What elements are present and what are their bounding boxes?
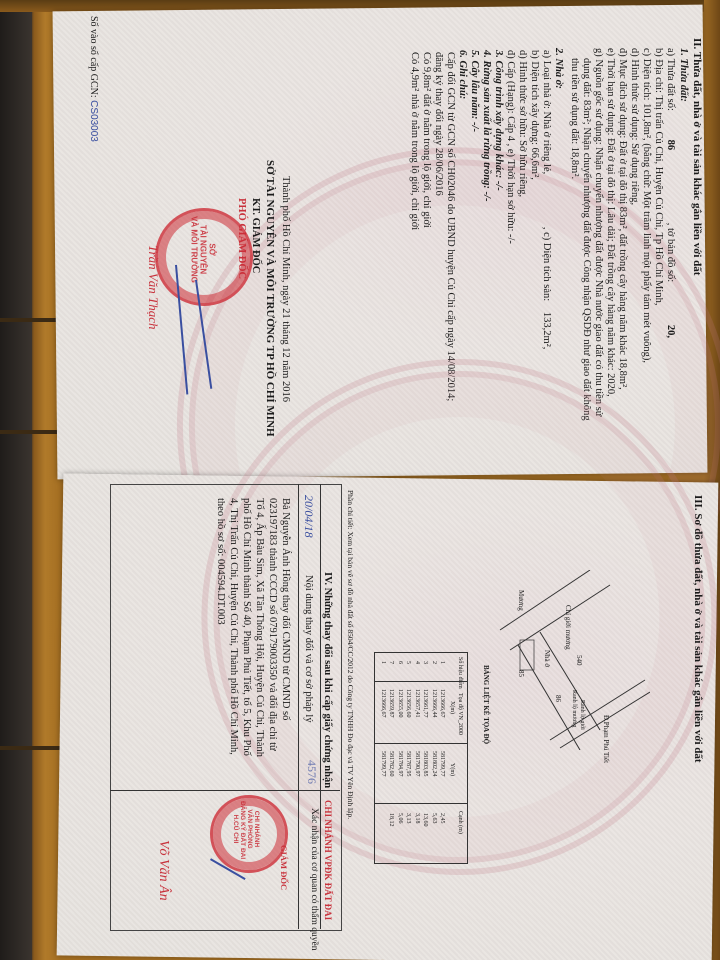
coord-table-cell: 1213659,87 [388, 689, 394, 718]
issuing-authority: SỞ TÀI NGUYÊN VÀ MÔI TRƯỜNG TP HỒ CHÍ MI… [263, 160, 276, 437]
change-content-line: 023197183 thành CCCD số 079179003350 và … [266, 498, 279, 751]
coord-table-cell: 18,12 [388, 813, 394, 827]
usage-origin-2: dụng đất: 83m²; Nhận chuyển nhượng đất đ… [580, 58, 593, 421]
coord-table-cell: 5,63 [431, 813, 437, 824]
land-area: c) Diện tích: 101,8m², (bằng chữ: Một tr… [640, 48, 653, 363]
table-seam [0, 318, 60, 322]
coord-table-cell: 13,60 [422, 813, 428, 827]
coord-table-cell: 3,13 [405, 813, 411, 824]
coord-table-cell: 1 [439, 661, 445, 664]
land-heading: 1. Thửa đất: [677, 48, 690, 102]
coord-table-cell: 581784,97 [397, 751, 403, 777]
house-grade: đ) Cấp (Hạng): Cấp 4 [505, 50, 516, 141]
ownership-term: , e) Thời hạn sở hữu: -/- [505, 144, 516, 244]
coord-table-cell: 581799,77 [439, 751, 445, 777]
section-2-title: II. Thửa đất, nhà ở và tài sản khác gắn … [690, 38, 703, 275]
coord-table-cell: 5,06 [397, 813, 403, 824]
coord-table-cell: 581782,60 [388, 751, 394, 777]
notes-heading: 6. Ghi chú: [456, 50, 469, 99]
sketch-label: Mương [514, 590, 527, 611]
coord-table-cell: 1213661,77 [422, 689, 428, 718]
sketch-label: Chỉ giới mương [561, 605, 574, 650]
coord-table-cell: 1213656,60 [405, 689, 411, 718]
parcel-number-row: a) Thửa đất số: 86 , tờ bản đồ số: 20, [664, 48, 677, 338]
coord-table-cell: 3 [422, 661, 428, 664]
usage-form: d) Hình thức sử dụng: Sử dụng riêng, [628, 48, 641, 205]
usage-duration: e) Thời hạn sử dụng: Đất ở tại đô thị: L… [604, 48, 617, 397]
parcel-number: 86 [665, 140, 676, 151]
coord-table: Số hiệu điểm Tọa độ VN_2000 X(m) Y(m) Cạ… [374, 652, 468, 864]
usage-purpose: đ) Mục đích sử dụng: Đất ở tại đô thị 83… [616, 48, 629, 390]
perennial-trees: 5. Cây lâu năm: -/- [468, 50, 481, 132]
coord-table-cell: 3,18 [414, 813, 420, 824]
sketch-label: 540 [572, 655, 585, 666]
coord-table-cell: 581803,85 [422, 751, 428, 777]
coord-table-cell: 581802,24 [431, 751, 437, 777]
confirm-title: GIÁM ĐỐC [277, 845, 290, 890]
change-content-line: Tổ 4, Ấp Bàu Sim, Xã Tân Thông Hội, Huyệ… [253, 498, 266, 757]
coord-table-cell: 1213655,00 [397, 689, 403, 718]
map-sheet-label: , tờ bản đồ số: [665, 223, 676, 283]
coord-table-title: BẢNG LIỆT KÊ TỌA ĐỘ [479, 665, 492, 744]
floor-area-label: , c) Diện tích sàn: [541, 227, 552, 301]
parcel-sketch [480, 570, 650, 750]
confirm-stamp-header: CHI NHÁNH VPĐK ĐẤT ĐAI [321, 800, 334, 920]
table-seam [0, 746, 60, 750]
house-type: a) Loại nhà ở: Nhà ở riêng lẻ, [541, 50, 552, 174]
changes-header-confirm: Xác nhận của cơ quan có thẩm quyền [307, 808, 320, 950]
detail-note: Phần chi tiết: Xem tại bản vẽ sơ đồ nhà … [344, 490, 357, 819]
section-4-title: IV. Những thay đổi sau khi cấp giấy chứn… [321, 572, 334, 788]
house-type-row: a) Loại nhà ở: Nhà ở riêng lẻ, , c) Diện… [540, 50, 553, 349]
changes-annotation: 4576 [305, 760, 318, 784]
usage-origin-3: thu tiền sử dụng đất: 18,8m². [568, 58, 581, 179]
sketch-label: Đ.Phạm Phú Tiết [599, 715, 612, 763]
change-content-line: phố Hồ Chí Minh thành Số 40, Phạm Phú Ti… [240, 498, 253, 756]
background-dark-area [0, 0, 32, 960]
coord-table-cell: 581787,95 [405, 751, 411, 777]
section-3-title: III. Sơ đồ thửa đất, nhà ở và tài sản kh… [691, 495, 704, 763]
sketch-label: 85 [514, 670, 527, 677]
note-line: Có 9,8m² đất ở nằm trong lộ giới, chỉ gi… [420, 52, 433, 228]
table-seam [0, 430, 60, 434]
sketch-label: Ranh lộ mương [567, 690, 580, 727]
map-sheet-number: 20, [665, 325, 676, 338]
signer-name: Trần Văn Thạch [147, 245, 160, 330]
changes-entry-date: 20/04/18 [301, 495, 315, 538]
ownership-form: d) Hình thức sở hữu: Sở hữu riêng, [516, 50, 529, 197]
issue-place-date: Thành phố Hồ Chí Minh, ngày 21 tháng 12 … [279, 176, 292, 402]
note-line: Cấp đổi GCN từ GCN số CH02046 do UBND hu… [444, 52, 457, 401]
sketch-label: 86 [551, 695, 564, 702]
branch-stamp-text: CHI NHÁNH VĂN PHÒNG ĐĂNG KÝ ĐẤT ĐAI H.CỦ… [232, 801, 260, 857]
note-line: đăng ký thay đổi ngày 28/06/2016 [432, 52, 445, 196]
parcel-label: a) Thửa đất số: [665, 48, 676, 111]
confirm-signer: Võ Văn Ân [157, 840, 170, 901]
registry-number: CS03003 [88, 100, 99, 142]
registry-number-row: Số vào sổ cấp GCN: CS03003 [87, 16, 100, 142]
house-heading: 2. Nhà ở: [552, 48, 565, 89]
floor-area: 133,2m², [541, 312, 552, 350]
sketch-label: Nhà ở [540, 650, 553, 667]
coord-table-cell: 1213666,44 [431, 689, 437, 718]
coord-table-cell: 1213666,67 [380, 689, 386, 718]
coord-table-cell: 581799,77 [380, 751, 386, 777]
change-content-line: Bà Nguyễn Ánh Hồng thay đổi CMND từ CMND… [279, 498, 292, 720]
coord-table-cell: 7 [388, 661, 394, 664]
build-area: b) Diện tích xây dựng: 66,6m², [528, 50, 541, 180]
coord-table-cell: 1213666,67 [439, 689, 445, 718]
note-line: Có 4,9m² nhà ở nằm trong lộ giới, chỉ gi… [408, 52, 421, 230]
change-content-line: theo hồ sơ số: 004594.DT.003 [214, 498, 227, 625]
other-works: 3. Công trình xây dựng khác: -/- [492, 50, 505, 191]
changes-header-content: Nội dung thay đổi và cơ sở pháp lý [302, 575, 315, 723]
official-stamp-text: SỞ TÀI NGUYÊN VÀ MÔI TRƯỜNG [190, 215, 217, 285]
coord-table-cell: 6 [397, 661, 403, 664]
coord-table-cell: 2,45 [439, 813, 445, 824]
coord-table-cell: 4 [414, 661, 420, 664]
land-address: b) Địa chỉ: Thị trấn Củ Chi, Huyện Củ Ch… [652, 48, 665, 305]
coord-table-cell: 581790,97 [414, 751, 420, 777]
usage-origin-1: g) Nguồn gốc sử dụng: Nhận chuyển nhượng… [592, 48, 605, 417]
coord-table-cell: 2 [431, 661, 437, 664]
coord-table-cell: 1213657,41 [414, 689, 420, 718]
coord-table-cell: 1 [380, 661, 386, 664]
change-content-line: 4, Thị Trấn Củ Chi, Huyện Củ Chi, Thành … [227, 498, 240, 755]
house-grade-row: đ) Cấp (Hạng): Cấp 4 , e) Thời hạn sở hữ… [504, 50, 517, 244]
production-forest: 4. Rừng sản xuất là rừng trồng: -/- [480, 50, 493, 201]
registry-label: Số vào sổ cấp GCN: [88, 16, 99, 98]
coord-table-cell: 5 [405, 661, 411, 664]
